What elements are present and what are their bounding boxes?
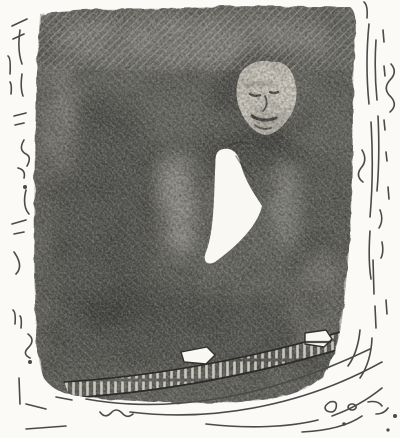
engraving-illustration: Engraved portrait of a standing man in a… <box>0 0 400 438</box>
ink-dot <box>28 360 32 364</box>
ink-dot <box>386 428 389 431</box>
ink-dot <box>23 185 27 189</box>
ink-dot <box>342 422 346 426</box>
ink-dot <box>393 414 397 418</box>
